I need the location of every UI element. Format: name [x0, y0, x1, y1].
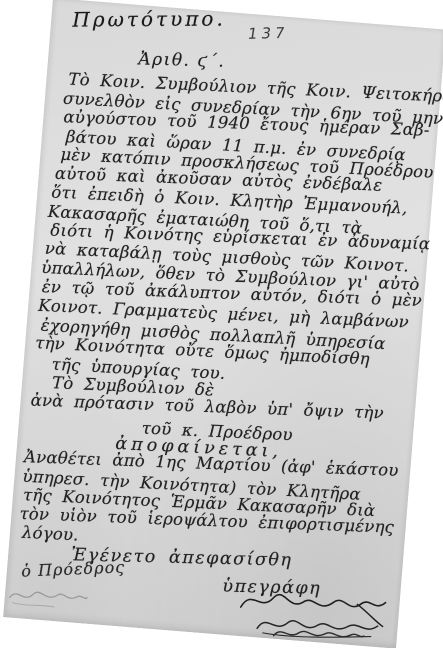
manuscript-page: Πρωτότυπο. 137 Ἀριθ. ϛ΄. Τὸ Κοιν. Συμβού… — [3, 0, 443, 648]
page-number: 137 — [246, 24, 289, 43]
document-number: Ἀριθ. ϛ΄. — [138, 49, 225, 71]
scanned-document: Πρωτότυπο. 137 Ἀριθ. ϛ΄. Τὸ Κοιν. Συμβού… — [0, 0, 443, 648]
document-heading: Πρωτότυπο. — [72, 7, 226, 32]
manuscript-body: Τὸ Κοιν. Συμβούλιον τῆς Κοιν. Ψειτοκήρου… — [14, 68, 436, 610]
president-signature-scribble — [6, 582, 90, 612]
